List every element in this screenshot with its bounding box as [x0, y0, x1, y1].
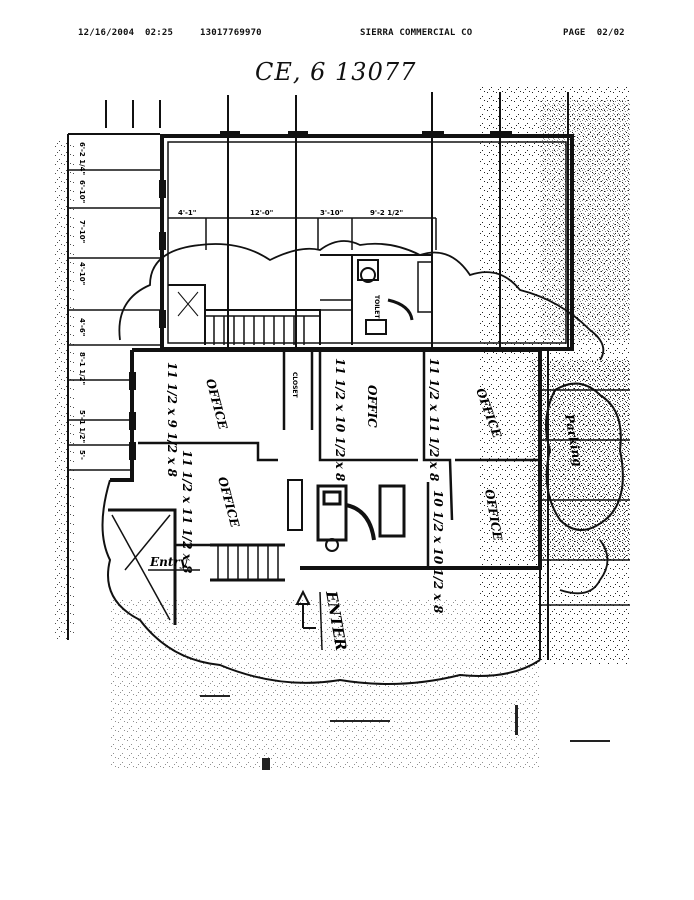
- svg-text:7'-10": 7'-10": [78, 220, 86, 243]
- room-size-5: 10 1/2 x 10 1/2 x 8: [431, 490, 445, 614]
- dim-top-4: 9'-2 1/2": [370, 209, 403, 217]
- lower-stairs: [210, 545, 285, 580]
- closet-label: CLOSET: [291, 372, 298, 399]
- dim-top-3: 3'-10": [320, 209, 343, 217]
- left-dimensions: 6'-2 1/4" 6'-10" 7'-10" 4'-10" 4'-6" 8'-…: [78, 142, 86, 460]
- dim-top-2: 12'-0": [250, 209, 273, 217]
- svg-text:5'-1 1/2": 5'-1 1/2": [78, 410, 86, 443]
- upper-rooms: [168, 255, 432, 345]
- toilet-label: TOILET: [373, 295, 380, 319]
- dim-top-1: 4'-1": [178, 209, 196, 217]
- room-size-3: 11 1/2 x 10 1/2 x 8: [333, 358, 347, 482]
- restroom-block: [288, 480, 404, 551]
- svg-text:6'-2 1/4": 6'-2 1/4": [78, 142, 86, 175]
- room-size-1: 11 1/2 x 9 1/2 x 8: [165, 362, 179, 478]
- svg-text:6'-10": 6'-10": [78, 180, 86, 203]
- room-size-4: 11 1/2 x 11 1/2 x 8: [427, 358, 441, 482]
- svg-text:4'-6": 4'-6": [78, 318, 86, 336]
- svg-text:4'-10": 4'-10": [78, 262, 86, 285]
- svg-text:8'-1 1/2": 8'-1 1/2": [78, 352, 86, 385]
- room-label-3: OFFIC: [365, 385, 379, 428]
- floor-plan-drawing: 4'-1" 12'-0" 3'-10" 9'-2 1/2" 6'-2 1/4" …: [0, 0, 694, 900]
- room-label-1: OFFICE: [203, 377, 230, 431]
- entry-label: Entry: [149, 555, 188, 569]
- top-dimension-line: [168, 218, 436, 250]
- svg-text:5'-: 5'-: [78, 450, 86, 460]
- room-label-2: OFFICE: [215, 475, 242, 529]
